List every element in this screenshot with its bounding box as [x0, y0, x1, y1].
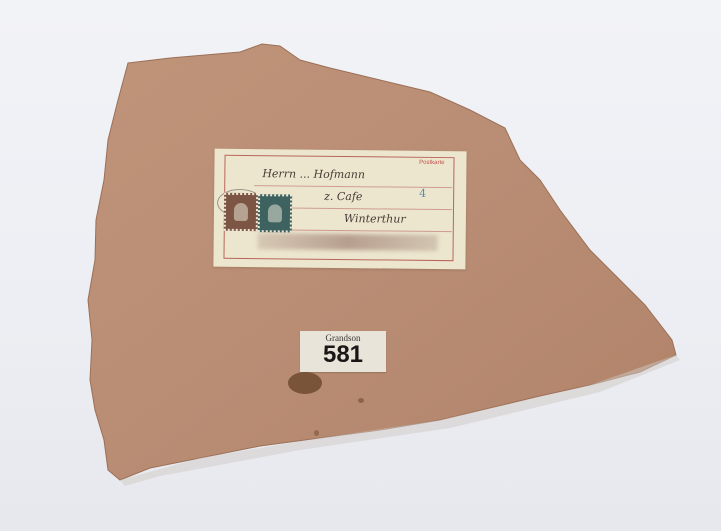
stain: [358, 398, 364, 403]
photo-scene: Postkarte Herrn ... Hofmann z. Cafe Wint…: [0, 0, 721, 531]
stamp-figure-icon: [234, 203, 248, 221]
address-label: Postkarte Herrn ... Hofmann z. Cafe Wint…: [213, 149, 466, 270]
stamp-figure-icon: [268, 204, 282, 222]
address-line-1: Herrn ... Hofmann: [262, 167, 365, 181]
label-header-text: Postkarte: [419, 160, 444, 166]
inventory-tag: Grandson 581: [300, 331, 386, 372]
address-line-2: z. Cafe: [324, 190, 362, 203]
address-line-3: Winterthur: [344, 212, 406, 226]
smudged-text: [258, 233, 438, 251]
stamp-brown: [224, 193, 258, 231]
stain: [288, 372, 322, 394]
stain: [314, 430, 319, 436]
tag-number: 581: [300, 343, 386, 367]
annotation-number: 4: [419, 187, 426, 200]
stamp-green: [258, 194, 292, 232]
